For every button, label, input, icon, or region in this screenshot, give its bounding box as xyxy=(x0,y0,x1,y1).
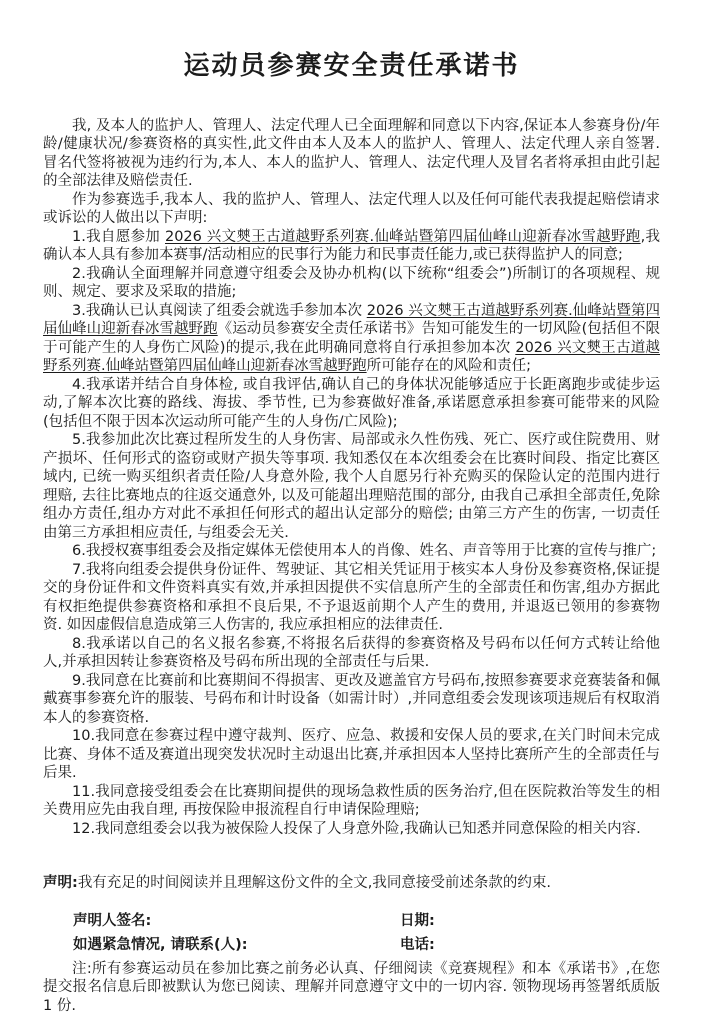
clause-11: 11.我同意接受组委会在比赛期间提供的现场急救性质的医务治疗,但在医院救治等发生… xyxy=(43,783,660,820)
statement-text: 我有充足的时间阅读并且理解这份文件的全文,我同意接受前述条款的约束. xyxy=(78,875,551,891)
clause-6: 6.我授权赛事组委会及指定媒体无偿使用本人的肖像、姓名、声音等用于比赛的宣传与推… xyxy=(43,542,660,561)
race-name-underlined: 2026 兴文僰王古道越野系列赛.仙峰站暨第四届仙峰山迎新春冰雪越野跑 xyxy=(165,229,641,245)
document-title: 运动员参赛安全责任承诺书 xyxy=(43,50,660,84)
statement-label: 声明: xyxy=(43,875,78,891)
date-label: 日期: xyxy=(400,909,435,933)
signature-row-1: 声明人签名: 日期: xyxy=(43,909,660,933)
statement-paragraph: 声明:我有充足的时间阅读并且理解这份文件的全文,我同意接受前述条款的约束. xyxy=(43,874,660,893)
clause-9-text: 9.我同意在比赛前和比赛期间不得损害、更改及遮盖官方号码布,按照参赛要求竞赛装备… xyxy=(43,673,660,726)
signature-section: 声明人签名: 日期: 如遇紧急情况, 请联系(人): 电话: xyxy=(43,909,660,957)
clause-2-text: 2.我确认全面理解并同意遵守组委会及协办机构(以下统称“组委会”)所制订的各项规… xyxy=(43,266,660,301)
phone-label: 电话: xyxy=(400,933,435,957)
clause-10-text: 10.我同意在参赛过程中遵守裁判、医疗、应急、救援和安保人员的要求,在关门时间未… xyxy=(43,728,660,781)
clause-7: 7.我将向组委会提供身份证件、驾驶证、其它相关凭证用于核实本人身份及参赛资格,保… xyxy=(43,561,660,635)
clause-4: 4.我承诺并结合自身体检, 或自我评估,确认自己的身体状况能够适应于长距离跑步或… xyxy=(43,376,660,432)
clause-3-text-end: 所可能存在的风险和责任; xyxy=(367,358,531,374)
intro-text-1: 我, 及本人的监护人、管理人、法定代理人已全面理解和同意以下内容,保证本人参赛身… xyxy=(43,118,660,190)
clause-12-text: 12.我同意组委会以我为被保险人投保了人身意外险,我确认已知悉并同意保险的相关内… xyxy=(72,821,641,837)
clause-3: 3.我确认已认真阅读了组委会就选手参加本次 2026 兴文僰王古道越野系列赛.仙… xyxy=(43,302,660,376)
clause-10: 10.我同意在参赛过程中遵守裁判、医疗、应急、救援和安保人员的要求,在关门时间未… xyxy=(43,727,660,783)
clause-4-text: 4.我承诺并结合自身体检, 或自我评估,确认自己的身体状况能够适应于长距离跑步或… xyxy=(43,377,660,430)
clause-2: 2.我确认全面理解并同意遵守组委会及协办机构(以下统称“组委会”)所制订的各项规… xyxy=(43,265,660,302)
intro-paragraph-1: 我, 及本人的监护人、管理人、法定代理人已全面理解和同意以下内容,保证本人参赛身… xyxy=(43,117,660,191)
clause-3-text: 3.我确认已认真阅读了组委会就选手参加本次 xyxy=(72,303,367,319)
intro-paragraph-2: 作为参赛选手,我本人、我的监护人、管理人、法定代理人以及任何可能代表我提起赔偿请… xyxy=(43,191,660,228)
signature-row-2: 如遇紧急情况, 请联系(人): 电话: xyxy=(43,933,660,957)
clause-1: 1.我自愿参加 2026 兴文僰王古道越野系列赛.仙峰站暨第四届仙峰山迎新春冰雪… xyxy=(43,228,660,265)
document-page: 运动员参赛安全责任承诺书 我, 及本人的监护人、管理人、法定代理人已全面理解和同… xyxy=(0,0,702,1025)
clause-9: 9.我同意在比赛前和比赛期间不得损害、更改及遮盖官方号码布,按照参赛要求竞赛装备… xyxy=(43,672,660,728)
clause-7-text: 7.我将向组委会提供身份证件、驾驶证、其它相关凭证用于核实本人身份及参赛资格,保… xyxy=(43,562,660,634)
note-text: 注:所有参赛运动员在参加比赛之前务必认真、仔细阅读《竞赛规程》和本《承诺书》,在… xyxy=(43,961,660,1014)
clause-12: 12.我同意组委会以我为被保险人投保了人身意外险,我确认已知悉并同意保险的相关内… xyxy=(43,820,660,839)
note-paragraph: 注:所有参赛运动员在参加比赛之前务必认真、仔细阅读《竞赛规程》和本《承诺书》,在… xyxy=(43,960,660,1016)
intro-text-2: 作为参赛选手,我本人、我的监护人、管理人、法定代理人以及任何可能代表我提起赔偿请… xyxy=(43,192,660,227)
clause-8: 8.我承诺以自己的名义报名参赛,不将报名后获得的参赛资格及号码布以任何方式转让给… xyxy=(43,635,660,672)
clause-1-text: 1.我自愿参加 xyxy=(72,229,165,245)
clause-6-text: 6.我授权赛事组委会及指定媒体无偿使用本人的肖像、姓名、声音等用于比赛的宣传与推… xyxy=(72,543,656,559)
clause-5-text: 5.我参加此次比赛过程所发生的人身伤害、局部或永久性伤残、死亡、医疗或住院费用、… xyxy=(43,432,660,541)
clause-11-text: 11.我同意接受组委会在比赛期间提供的现场急救性质的医务治疗,但在医院救治等发生… xyxy=(43,784,660,819)
emergency-contact-label: 如遇紧急情况, 请联系(人): xyxy=(73,933,400,957)
clause-5: 5.我参加此次比赛过程所发生的人身伤害、局部或永久性伤残、死亡、医疗或住院费用、… xyxy=(43,431,660,542)
signer-name-label: 声明人签名: xyxy=(73,909,400,933)
clause-8-text: 8.我承诺以自己的名义报名参赛,不将报名后获得的参赛资格及号码布以任何方式转让给… xyxy=(43,636,660,671)
